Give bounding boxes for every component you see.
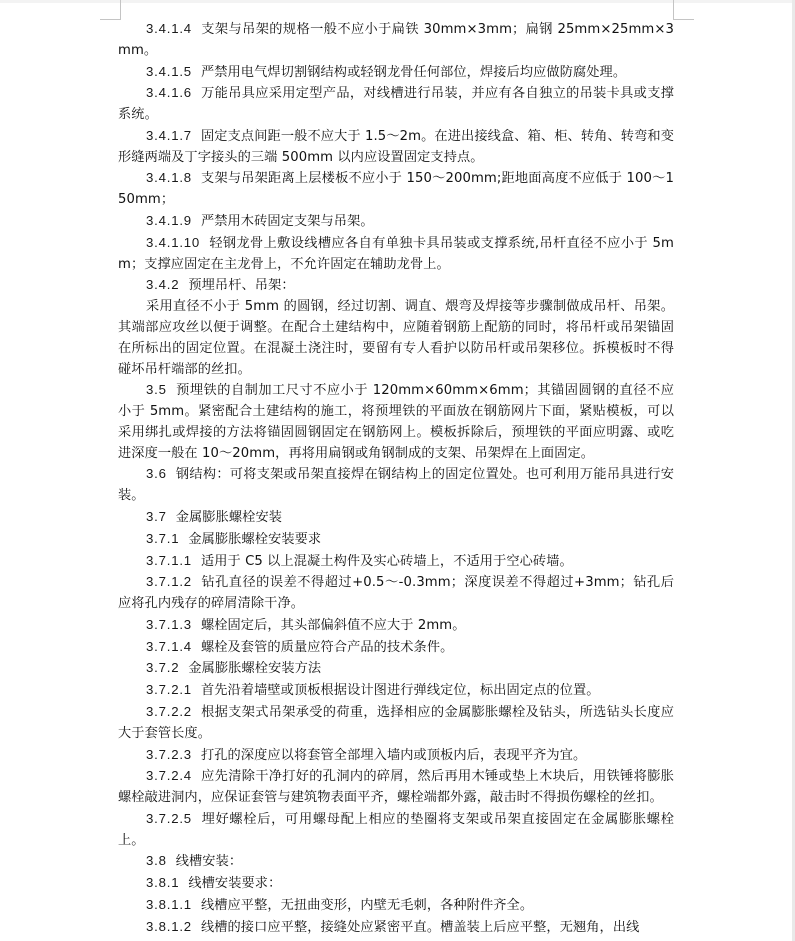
paragraph-text: 钻孔直径的误差不得超过+0.5～-0.3mm；深度误差不得超过+3mm；钻孔后应… [118, 575, 674, 611]
section-number: 3.6 [146, 466, 167, 481]
document-page: 3.4.1.4支架与吊架的规格一般不应小于扁铁 30mm×3mm；扁钢 25mm… [118, 19, 674, 939]
paragraph-text: 线槽应平整，无扭曲变形，内壁无毛刺，各种附件齐全。 [201, 898, 533, 913]
paragraph-3-7-2-3: 3.7.2.3打孔的深度应以将套管全部埋入墙内或顶板内后，表现平齐为宜。 [118, 745, 674, 767]
heading-3-8: 3.8线槽安装： [118, 851, 674, 873]
paragraph-text: 采用直径不小于 5mm 的圆钢，经过切割、调直、煨弯及焊接等步骤制做成吊杆、吊架… [118, 299, 674, 376]
section-number: 3.7.1 [146, 531, 179, 546]
paragraph-3-8-1-1: 3.8.1.1线槽应平整，无扭曲变形，内壁无毛刺，各种附件齐全。 [118, 895, 674, 917]
section-number: 3.7.1.1 [146, 553, 192, 568]
paragraph-text: 埋好螺栓后，可用螺母配上相应的垫圈将支架或吊架直接固定在金属膨胀螺栓上。 [118, 812, 674, 848]
paragraph-3-7-2-5: 3.7.2.5埋好螺栓后，可用螺母配上相应的垫圈将支架或吊架直接固定在金属膨胀螺… [118, 809, 674, 852]
section-number: 3.5 [146, 382, 167, 397]
section-number: 3.7.2.1 [146, 682, 192, 697]
section-number: 3.4.1.4 [146, 21, 192, 36]
paragraph-3-4-1-7: 3.4.1.7固定支点间距一般不应大于 1.5～2m。在进出接线盒、箱、柜、转角… [118, 126, 674, 169]
section-number: 3.4.1.10 [146, 235, 200, 250]
section-number: 3.4.2 [146, 277, 179, 292]
paragraph-3-7-2-4: 3.7.2.4应先清除干净打好的孔洞内的碎屑，然后再用木锤或垫上木块后，用铁锤将… [118, 766, 674, 809]
heading-3-7: 3.7金属膨胀螺栓安装 [118, 507, 674, 529]
heading-text: 金属膨胀螺栓安装方法 [188, 661, 321, 676]
paragraph-text: 螺栓及套管的质量应符合产品的技术条件。 [201, 640, 453, 655]
paragraph-text: 预埋铁的自制加工尺寸不应小于 120mm×60mm×6mm；其锚固圆钢的直径不应… [118, 383, 674, 460]
heading-3-4-2: 3.4.2预埋吊杆、吊架： [118, 275, 674, 297]
paragraph-3-7-1-3: 3.7.1.3螺栓固定后，其头部偏斜值不应大于 2mm。 [118, 615, 674, 637]
paragraph-text: 支架与吊架的规格一般不应小于扁铁 30mm×3mm；扁钢 25mm×25mm×3… [118, 22, 674, 58]
section-number: 3.7.2.5 [146, 811, 192, 826]
paragraph-text: 严禁用电气焊切割钢结构或轻钢龙骨任何部位，焊接后均应做防腐处理。 [201, 65, 626, 80]
paragraph-text: 应先清除干净打好的孔洞内的碎屑，然后再用木锤或垫上木块后，用铁锤将膨胀螺栓敲进洞… [118, 769, 674, 805]
section-number: 3.8.1.1 [146, 897, 192, 912]
paragraph-3-8-1-2: 3.8.1.2线槽的接口应平整，接缝处应紧密平直。槽盖装上后应平整，无翘角，出线 [118, 917, 674, 939]
section-number: 3.7.2.3 [146, 747, 192, 762]
section-number: 3.8.1.2 [146, 919, 192, 934]
paragraph-3-4-1-9: 3.4.1.9严禁用木砖固定支架与吊架。 [118, 211, 674, 233]
section-number: 3.7.2.2 [146, 704, 192, 719]
section-number: 3.7 [146, 509, 167, 524]
section-number: 3.7.1.4 [146, 639, 192, 654]
paragraph-text: 支架与吊架距离上层楼板不应小于 150～200mm;距地面高度不应低于 100～… [118, 171, 674, 207]
paragraph-text: 根据支架式吊架承受的荷重，选择相应的金属膨胀螺栓及钻头，所选钻头长度应大于套管长… [118, 705, 674, 741]
section-number: 3.4.1.9 [146, 213, 192, 228]
paragraph-text: 固定支点间距一般不应大于 1.5～2m。在进出接线盒、箱、柜、转角、转弯和变形缝… [118, 129, 674, 165]
crop-mark-top-right [673, 0, 694, 20]
heading-text: 预埋吊杆、吊架： [188, 278, 294, 293]
paragraph-3-5: 3.5预埋铁的自制加工尺寸不应小于 120mm×60mm×6mm；其锚固圆钢的直… [118, 380, 674, 464]
paragraph-text: 钢结构：可将支架或吊架直接焊在钢结构上的固定位置处。也可利用万能吊具进行安装。 [118, 467, 674, 503]
paragraph-3-4-1-6: 3.4.1.6万能吊具应采用定型产品，对线槽进行吊装，并应有各自独立的吊装卡具或… [118, 83, 674, 126]
heading-text: 线槽安装要求： [188, 876, 281, 891]
section-number: 3.4.1.7 [146, 128, 192, 143]
section-number: 3.8.1 [146, 875, 179, 890]
paragraph-text: 适用于 C5 以上混凝土构件及实心砖墙上，不适用于空心砖墙。 [201, 554, 573, 569]
paragraph-text: 严禁用木砖固定支架与吊架。 [201, 214, 374, 229]
section-number: 3.7.2.4 [146, 768, 192, 783]
paragraph-text: 轻钢龙骨上敷设线槽应各自有单独卡具吊装或支撑系统,吊杆直径不应小于 5mm；支撑… [118, 236, 674, 272]
paragraph-3-4-1-4: 3.4.1.4支架与吊架的规格一般不应小于扁铁 30mm×3mm；扁钢 25mm… [118, 19, 674, 62]
heading-3-7-2: 3.7.2金属膨胀螺栓安装方法 [118, 658, 674, 680]
heading-3-7-1: 3.7.1金属膨胀螺栓安装要求 [118, 529, 674, 551]
paragraph-text: 螺栓固定后，其头部偏斜值不应大于 2mm。 [201, 618, 466, 633]
section-number: 3.4.1.5 [146, 64, 192, 79]
paragraph-3-4-1-5: 3.4.1.5严禁用电气焊切割钢结构或轻钢龙骨任何部位，焊接后均应做防腐处理。 [118, 62, 674, 84]
section-number: 3.8 [146, 853, 167, 868]
paragraph-3-7-2-2: 3.7.2.2根据支架式吊架承受的荷重，选择相应的金属膨胀螺栓及钻头，所选钻头长… [118, 702, 674, 745]
heading-3-8-1: 3.8.1线槽安装要求： [118, 873, 674, 895]
paragraph-3-7-1-4: 3.7.1.4螺栓及套管的质量应符合产品的技术条件。 [118, 637, 674, 659]
paragraph-3-6: 3.6钢结构：可将支架或吊架直接焊在钢结构上的固定位置处。也可利用万能吊具进行安… [118, 464, 674, 507]
paragraph-3-4-1-10: 3.4.1.10轻钢龙骨上敷设线槽应各自有单独卡具吊装或支撑系统,吊杆直径不应小… [118, 233, 674, 276]
section-number: 3.7.2 [146, 660, 179, 675]
paragraph-3-4-1-8: 3.4.1.8支架与吊架距离上层楼板不应小于 150～200mm;距地面高度不应… [118, 168, 674, 211]
heading-text: 线槽安装： [176, 854, 242, 869]
heading-text: 金属膨胀螺栓安装要求 [188, 532, 321, 547]
crop-mark-top-left [100, 0, 121, 20]
paragraph-3-7-1-1: 3.7.1.1适用于 C5 以上混凝土构件及实心砖墙上，不适用于空心砖墙。 [118, 551, 674, 573]
paragraph-3-7-1-2: 3.7.1.2钻孔直径的误差不得超过+0.5～-0.3mm；深度误差不得超过+3… [118, 572, 674, 615]
section-number: 3.7.1.3 [146, 617, 192, 632]
paragraph-text: 首先沿着墙壁或顶板根据设计图进行弹线定位，标出固定点的位置。 [201, 683, 600, 698]
paragraph-text: 线槽的接口应平整，接缝处应紧密平直。槽盖装上后应平整，无翘角，出线 [201, 920, 639, 935]
paragraph-text: 万能吊具应采用定型产品，对线槽进行吊装，并应有各自独立的吊装卡具或支撑系统。 [118, 86, 674, 122]
paragraph-text: 打孔的深度应以将套管全部埋入墙内或顶板内后，表现平齐为宜。 [201, 748, 586, 763]
section-number: 3.4.1.8 [146, 170, 192, 185]
paragraph-3-7-2-1: 3.7.2.1首先沿着墙壁或顶板根据设计图进行弹线定位，标出固定点的位置。 [118, 680, 674, 702]
section-number: 3.7.1.2 [146, 574, 192, 589]
paragraph-embedded-rods: 采用直径不小于 5mm 的圆钢，经过切割、调直、煨弯及焊接等步骤制做成吊杆、吊架… [118, 297, 674, 380]
heading-text: 金属膨胀螺栓安装 [176, 510, 282, 525]
section-number: 3.4.1.6 [146, 85, 192, 100]
